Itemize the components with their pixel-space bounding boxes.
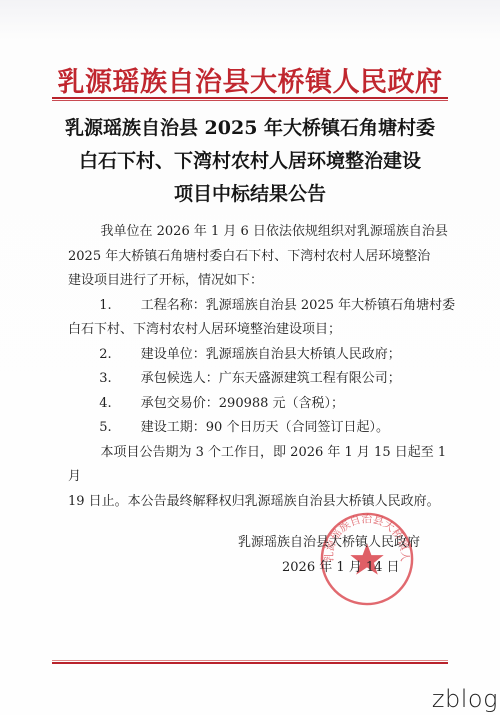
list-item-2: 2.建设单位：乳源瑶族自治县大桥镇人民政府； xyxy=(68,343,458,368)
title-line-3: 项目中标结果公告 xyxy=(60,178,440,211)
document-page: 乳源瑶族自治县大桥镇人民政府 乳源瑶族自治县 2025 年大桥镇石角塘村委 白石… xyxy=(0,0,500,715)
signature-date: 2026 年 1 月 14 日 xyxy=(238,555,420,580)
title-line-1: 乳源瑶族自治县 2025 年大桥镇石角塘村委 xyxy=(60,112,440,145)
list-item-5: 5.建设工期：90 个日历天（合同签订日起）。 xyxy=(68,416,458,441)
signature-org: 乳源瑶族自治县大桥镇人民政府 xyxy=(238,530,420,555)
footer-divider xyxy=(52,660,448,664)
list-item-3: 3.承包候选人：广东天盛源建筑工程有限公司； xyxy=(68,367,458,392)
list-item-4: 4.承包交易价：290988 元（含税）； xyxy=(68,392,458,417)
document-body: 我单位在 2026 年 1 月 6 日依法依规组织对乳源瑶族自治县 2025 年… xyxy=(68,220,458,514)
list-item-1: 1.工程名称：乳源瑶族自治县 2025 年大桥镇石角塘村委 xyxy=(68,294,458,319)
watermark: zblog xyxy=(432,685,498,713)
signature-block: 乳源瑶族自治县大桥镇人民政府 2026 年 1 月 14 日 xyxy=(238,530,420,580)
document-title: 乳源瑶族自治县 2025 年大桥镇石角塘村委 白石下村、下湾村农村人居环境整治建… xyxy=(60,112,440,211)
intro-line-2: 2025 年大桥镇石角塘村委白石下村、下湾村农村人居环境整治 xyxy=(68,245,458,270)
masthead-title: 乳源瑶族自治县大桥镇人民政府 xyxy=(0,60,500,99)
title-line-2: 白石下村、下湾村农村人居环境整治建设 xyxy=(60,145,440,178)
intro-line-1: 我单位在 2026 年 1 月 6 日依法依规组织对乳源瑶族自治县 xyxy=(68,220,458,245)
masthead-divider xyxy=(52,97,448,101)
intro-line-3: 建设项目进行了开标，情况如下： xyxy=(68,269,458,294)
list-item-1-continued: 白石下村、下湾村农村人居环境整治建设项目； xyxy=(68,318,458,343)
notice-line-1: 本项目公告期为 3 个工作日，即 2026 年 1 月 15 日起至 1 月 xyxy=(68,441,458,490)
